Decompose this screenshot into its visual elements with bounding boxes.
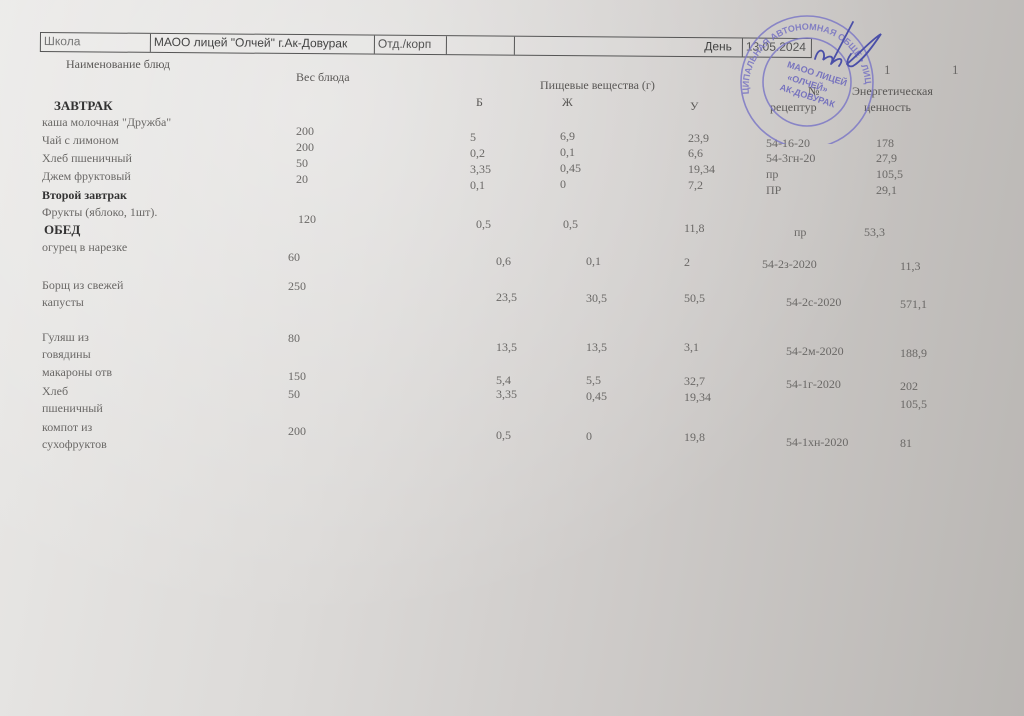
page-mark-1: 1 [884,62,891,78]
protein-value: 5,4 [496,373,511,388]
carbs-value: 19,34 [684,390,711,405]
dish-name-continued: пшеничный [42,401,103,416]
recipe-number: 54-1хн-2020 [786,435,848,450]
dish-name: Хлеб [42,384,68,399]
energy-value: 105,5 [900,397,927,412]
fat-value: 0 [560,177,566,192]
protein-value: 3,35 [470,162,491,177]
dish-name: огурец в нарезке [42,240,127,255]
dish-weight: 60 [288,250,300,265]
school-label: Школа [41,33,151,52]
dish-name: Фрукты (яблоко, 1шт). [42,205,157,220]
protein-value: 0,2 [470,146,485,161]
dish-name: Джем фруктовый [42,169,131,184]
energy-value: 27,9 [876,151,897,166]
col-recipe-no: № [808,84,819,99]
energy-value: 11,3 [900,259,921,274]
dish-weight: 20 [296,172,308,187]
protein-value: 0,1 [470,178,485,193]
menu-date: 13.05.2024 [743,39,811,58]
dish-name: Чай с лимоном [42,133,119,148]
col-energy-bottom: ценность [864,100,911,115]
fat-value: 5,5 [586,373,601,388]
col-dish-name: Наименование блюд [66,57,170,72]
section-second-breakfast: Второй завтрак [42,188,127,203]
dish-name-continued: капусты [42,295,84,310]
recipe-number: 54-2м-2020 [786,344,844,359]
dish-weight: 200 [296,140,314,155]
fat-value: 0,1 [586,254,601,269]
dish-weight: 50 [296,156,308,171]
dish-name-continued: говядины [42,347,91,362]
carbs-value: 3,1 [684,340,699,355]
official-stamp: ЦИПАЛЬНАЯ АВТОНОМНАЯ ОБЩЕ • ЛИЦЕЙ «ОЛЧЕЙ… [735,4,885,144]
energy-value: 29,1 [876,183,897,198]
fat-value: 0,5 [563,217,578,232]
carbs-value: 19,34 [688,162,715,177]
section-lunch: ОБЕД [44,222,80,238]
protein-value: 0,6 [496,254,511,269]
protein-value: 0,5 [496,428,511,443]
fat-value: 0,1 [560,145,575,160]
col-carbs: У [690,99,699,114]
col-recipe-label: рецептур [770,100,817,115]
energy-value: 178 [876,136,894,151]
dish-weight: 250 [288,279,306,294]
header-table: Школа МАОО лицей "Олчей" г.Ак-Довурак От… [40,32,812,58]
dish-name-continued: сухофруктов [42,437,107,452]
carbs-value: 7,2 [688,178,703,193]
dish-weight: 150 [288,369,306,384]
carbs-value: 19,8 [684,430,705,445]
energy-value: 202 [900,379,918,394]
col-weight: Вес блюда [296,70,350,85]
carbs-value: 50,5 [684,291,705,306]
recipe-number: пр [766,167,778,182]
recipe-number: пр [794,225,806,240]
dish-name: каша молочная "Дружба" [42,115,171,130]
recipe-number: 54-2с-2020 [786,295,841,310]
dish-name: Хлеб пшеничный [42,151,132,166]
fat-value: 6,9 [560,129,575,144]
recipe-number: 54-1г-2020 [786,377,841,392]
carbs-value: 23,9 [688,131,709,146]
dish-name: компот из [42,420,92,435]
carbs-value: 11,8 [684,221,705,236]
dish-weight: 200 [288,424,306,439]
recipe-number: 54-2з-2020 [762,257,817,272]
recipe-number: 54-3гн-20 [766,151,815,166]
protein-value: 0,5 [476,217,491,232]
fat-value: 13,5 [586,340,607,355]
dish-name: макароны отв [42,365,112,380]
energy-value: 105,5 [876,167,903,182]
energy-value: 188,9 [900,346,927,361]
carbs-value: 2 [684,255,690,270]
energy-value: 53,3 [864,225,885,240]
energy-value: 571,1 [900,297,927,312]
day-label: День [515,37,743,57]
dept-value [447,36,515,55]
dish-name: Гуляш из [42,330,89,345]
protein-value: 5 [470,130,476,145]
recipe-number: ПР [766,183,781,198]
signature [815,22,881,66]
fat-value: 0 [586,429,592,444]
page-mark-2: 1 [952,62,959,78]
dish-weight: 50 [288,387,300,402]
fat-value: 0,45 [560,161,581,176]
dish-weight: 80 [288,331,300,346]
recipe-number: 54-16-20 [766,136,810,151]
dish-weight: 200 [296,124,314,139]
school-name: МАОО лицей "Олчей" г.Ак-Довурак [151,34,375,54]
col-nutrients-group: Пищевые вещества (г) [540,78,655,93]
protein-value: 23,5 [496,290,517,305]
protein-value: 13,5 [496,340,517,355]
protein-value: 3,35 [496,387,517,402]
section-breakfast: ЗАВТРАК [54,98,113,114]
carbs-value: 6,6 [688,146,703,161]
dish-name: Борщ из свежей [42,278,123,293]
dish-weight: 120 [298,212,316,227]
col-protein: Б [476,95,483,110]
col-energy-top: Энергетическая [852,84,933,99]
dept-label: Отд./корп [375,36,447,55]
carbs-value: 32,7 [684,374,705,389]
fat-value: 0,45 [586,389,607,404]
col-fat: Ж [562,95,573,110]
fat-value: 30,5 [586,291,607,306]
energy-value: 81 [900,436,912,451]
